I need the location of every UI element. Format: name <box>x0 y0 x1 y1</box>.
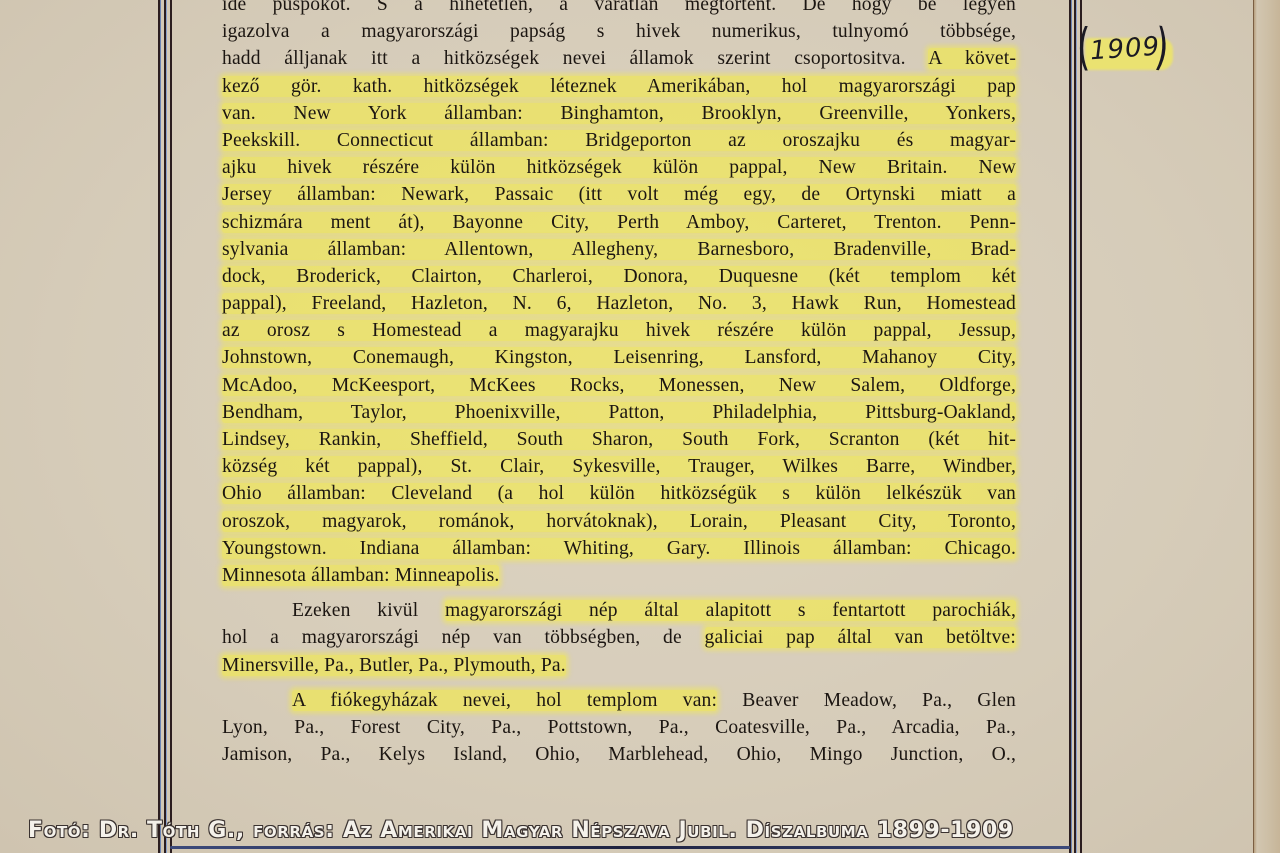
highlighted-text: A követ- <box>928 48 1016 69</box>
highlighted-text: Youngstown. Indiana államban: Whiting, G… <box>222 538 1016 559</box>
right-border-rule-3 <box>1080 0 1082 853</box>
document-body: ide püspököt. S a hihetetlen, a váratlan… <box>222 0 1016 768</box>
highlighted-text: Minersville, Pa., Butler, Pa., Plymouth,… <box>222 655 566 676</box>
text-line: sylvania államban: Allentown, Allegheny,… <box>222 236 1016 263</box>
text-line: hadd álljanak itt a hitközségek nevei ál… <box>222 45 1016 72</box>
highlighted-text: Lindsey, Rankin, Sheffield, South Sharon… <box>222 429 1016 450</box>
bottom-border-rule <box>170 846 1070 849</box>
text-line: Minnesota államban: Minneapolis. <box>222 562 1016 589</box>
highlighted-text: schizmára ment át), Bayonne City, Perth … <box>222 212 1016 233</box>
text-line: van. New York államban: Binghamton, Broo… <box>222 100 1016 127</box>
highlighted-text: A fiókegyházak nevei, hol templom van: <box>292 690 717 711</box>
paragraph-2: Ezeken kivül magyarországi nép által ala… <box>222 597 1016 679</box>
text-line: dock, Broderick, Clairton, Charleroi, Do… <box>222 263 1016 290</box>
text-line: Lyon, Pa., Forest City, Pa., Pottstown, … <box>222 714 1016 741</box>
highlighted-text: Peekskill. Connecticut államban: Bridgep… <box>222 130 1016 151</box>
left-border-rule-1 <box>158 0 160 853</box>
highlighted-text: pappal), Freeland, Hazleton, N. 6, Hazle… <box>222 293 1016 314</box>
right-border-rule-2 <box>1074 0 1076 853</box>
photo-credit-caption: Fotó: Dr. Tóth G., forrás: Az Amerikai M… <box>28 818 1258 843</box>
text-line: oroszok, magyarok, románok, horvátoknak)… <box>222 508 1016 535</box>
text-segment: Ezeken kivül <box>292 600 445 621</box>
highlighted-text: galiciai pap által van betöltve: <box>705 627 1016 648</box>
highlighted-text: van. New York államban: Binghamton, Broo… <box>222 103 1016 124</box>
highlighted-text: kező gör. kath. hitközségek léteznek Ame… <box>222 76 1016 97</box>
text-line: Bendham, Taylor, Phoenixville, Patton, P… <box>222 399 1016 426</box>
highlighted-text: magyarországi nép által alapitott s fent… <box>445 600 1016 621</box>
highlighted-text: oroszok, magyarok, románok, horvátoknak)… <box>222 511 1016 532</box>
text-line: Minersville, Pa., Butler, Pa., Plymouth,… <box>222 652 1016 679</box>
highlighted-text: Ohio államban: Cleveland (a hol külön hi… <box>222 483 1016 504</box>
highlighted-text: község két pappal), St. Clair, Sykesvill… <box>222 456 1016 477</box>
highlighted-text: McAdoo, McKeesport, McKees Rocks, Moness… <box>222 375 1016 396</box>
annotation-open-paren: ( <box>1077 18 1091 76</box>
paragraph-3: A fiókegyházak nevei, hol templom van: B… <box>222 687 1016 769</box>
text-line: pappal), Freeland, Hazleton, N. 6, Hazle… <box>222 290 1016 317</box>
text-line: igazolva a magyarországi papság s hivek … <box>222 18 1016 45</box>
left-border-rule-3 <box>170 0 172 853</box>
highlighted-text: Jersey államban: Newark, Passaic (itt vo… <box>222 184 1016 205</box>
text-line: kező gör. kath. hitközségek léteznek Ame… <box>222 73 1016 100</box>
text-segment: hol a magyarországi nép van többségben, … <box>222 627 705 648</box>
highlighted-text: sylvania államban: Allentown, Allegheny,… <box>222 239 1016 260</box>
highlighted-text: ajku hivek részére külön hitközségek kül… <box>222 157 1016 178</box>
paragraph-1: ide püspököt. S a hihetetlen, a váratlan… <box>222 0 1016 589</box>
text-line: ajku hivek részére külön hitközségek kül… <box>222 154 1016 181</box>
text-line: Peekskill. Connecticut államban: Bridgep… <box>222 127 1016 154</box>
text-line: Ezeken kivül magyarországi nép által ala… <box>222 597 1016 624</box>
text-segment: Beaver Meadow, Pa., Glen <box>717 690 1016 711</box>
text-line: Johnstown, Conemaugh, Kingston, Leisenri… <box>222 344 1016 371</box>
text-line: község két pappal), St. Clair, Sykesvill… <box>222 453 1016 480</box>
text-line: ide püspököt. S a hihetetlen, a váratlan… <box>222 0 1016 18</box>
text-line: schizmára ment át), Bayonne City, Perth … <box>222 209 1016 236</box>
highlighted-text: Johnstown, Conemaugh, Kingston, Leisenri… <box>222 347 1016 368</box>
text-line: az orosz s Homestead a magyarajku hivek … <box>222 317 1016 344</box>
text-line: Jamison, Pa., Kelys Island, Ohio, Marble… <box>222 741 1016 768</box>
left-border-rule-2 <box>164 0 166 853</box>
facing-page-edge <box>1253 0 1280 853</box>
highlighted-text: Minnesota államban: Minneapolis. <box>222 565 499 586</box>
text-line: Lindsey, Rankin, Sheffield, South Sharon… <box>222 426 1016 453</box>
paragraph-spacer <box>222 589 1016 597</box>
text-line: Ohio államban: Cleveland (a hol külön hi… <box>222 480 1016 507</box>
paragraph-spacer <box>222 679 1016 687</box>
highlighted-text: dock, Broderick, Clairton, Charleroi, Do… <box>222 266 1016 287</box>
text-line: Youngstown. Indiana államban: Whiting, G… <box>222 535 1016 562</box>
handwritten-year-annotation: 1909 <box>1089 32 1161 67</box>
highlighted-text: az orosz s Homestead a magyarajku hivek … <box>222 320 1016 341</box>
highlighted-text: Bendham, Taylor, Phoenixville, Patton, P… <box>222 402 1016 423</box>
text-line: Jersey államban: Newark, Passaic (itt vo… <box>222 181 1016 208</box>
right-border-rule-1 <box>1069 0 1071 853</box>
text-line: A fiókegyházak nevei, hol templom van: B… <box>222 687 1016 714</box>
text-line: McAdoo, McKeesport, McKees Rocks, Moness… <box>222 372 1016 399</box>
text-segment: hadd álljanak itt a hitközségek nevei ál… <box>222 48 906 69</box>
text-line: hol a magyarországi nép van többségben, … <box>222 624 1016 651</box>
